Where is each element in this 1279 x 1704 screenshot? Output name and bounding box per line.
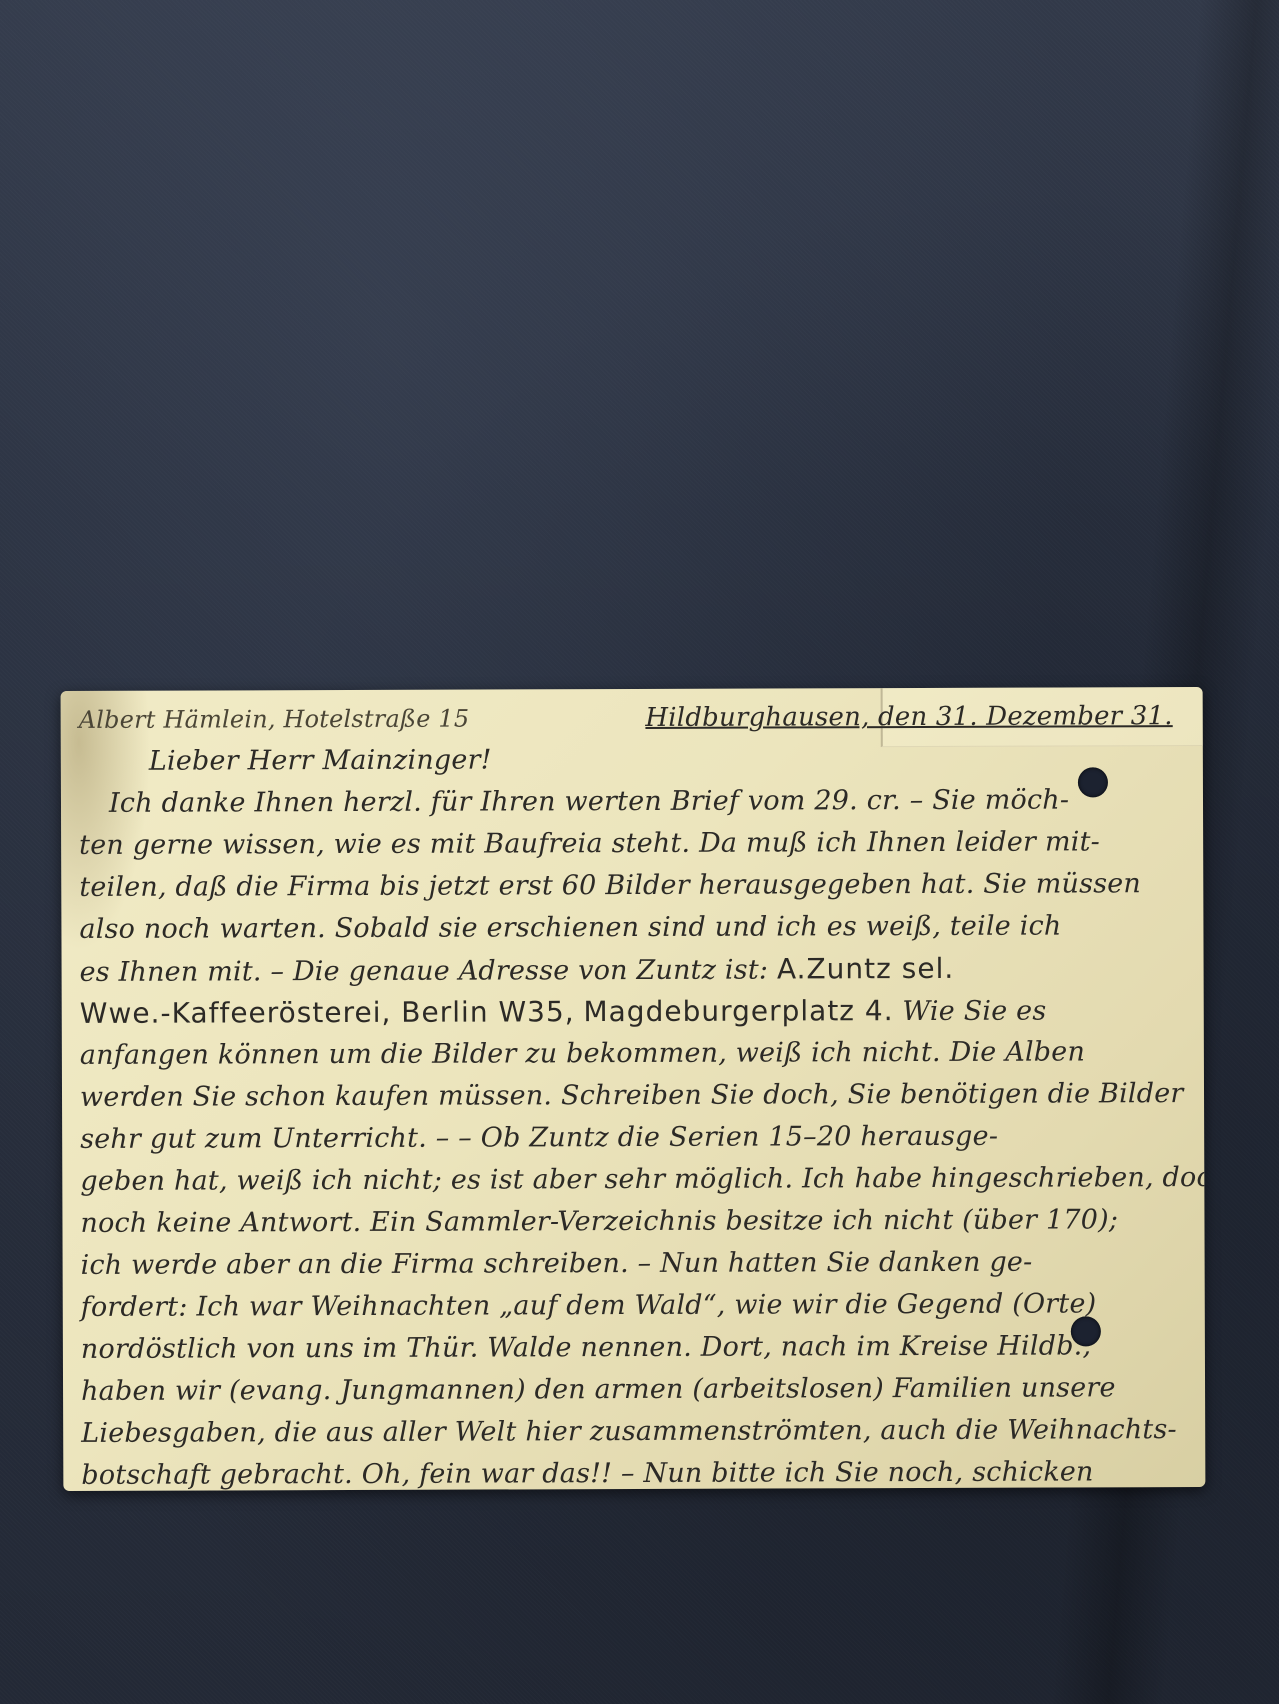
text-line: also noch warten. Sobald sie erschienen … [79, 905, 1191, 951]
text-line: nordöstlich von uns im Thür. Walde nenne… [81, 1325, 1193, 1371]
text-line: teilen, daß die Firma bis jetzt erst 60 … [79, 863, 1191, 909]
text-line: Ich danke Ihnen herzl. für Ihren werten … [79, 779, 1191, 825]
text-line: fordert: Ich war Weihnachten „auf dem Wa… [81, 1283, 1193, 1329]
text-line: botschaft gebracht. Oh, fein war das!! –… [81, 1451, 1193, 1491]
place-and-date: Hildburghausen, den 31. Dezember 31. [645, 695, 1190, 739]
sender-address: Albert Hämlein, Hotelstraße 15 [79, 698, 470, 741]
handwritten-text: Albert Hämlein, Hotelstraße 15 Hildburgh… [79, 695, 1194, 1491]
text-line: es Ihnen mit. – Die genaue Adresse von Z… [80, 947, 1192, 993]
postcard: Albert Hämlein, Hotelstraße 15 Hildburgh… [61, 687, 1206, 1491]
text-line: sehr gut zum Unterricht. – – Ob Zuntz di… [80, 1115, 1192, 1161]
salutation: Lieber Herr Mainzinger! [79, 737, 1191, 783]
printed-address-city: Berlin W35, [401, 995, 574, 1029]
text-line: werden Sie schon kaufen müssen. Schreibe… [80, 1073, 1192, 1119]
text-line: Liebesgaben, die aus aller Welt hier zus… [81, 1409, 1193, 1455]
text-line: geben hat, weiß ich nicht; es ist aber s… [80, 1157, 1192, 1203]
text-line: ich werde aber an die Firma schreiben. –… [81, 1241, 1193, 1287]
text-fragment: Wie Sie es [894, 996, 1047, 1028]
text-line: noch keine Antwort. Ein Sammler-Verzeich… [80, 1199, 1192, 1245]
text-fragment: es Ihnen mit. – Die genaue Adresse von Z… [80, 954, 777, 987]
printed-address-street: Magdeburgerplatz 4. [583, 994, 893, 1028]
text-line: ten gerne wissen, wie es mit Baufreia st… [79, 821, 1191, 867]
header-line: Albert Hämlein, Hotelstraße 15 Hildburgh… [79, 695, 1191, 741]
text-line: anfangen können um die Bilder zu bekomme… [80, 1031, 1192, 1077]
text-line: Wwe.-Kaffeerösterei, Berlin W35, Magdebu… [80, 989, 1192, 1035]
text-line: haben wir (evang. Jungmannen) den armen … [81, 1367, 1193, 1413]
printed-address-name: A.Zuntz sel. [777, 952, 954, 986]
text-fragment: Wwe.-Kaffeerösterei, [80, 996, 402, 1030]
